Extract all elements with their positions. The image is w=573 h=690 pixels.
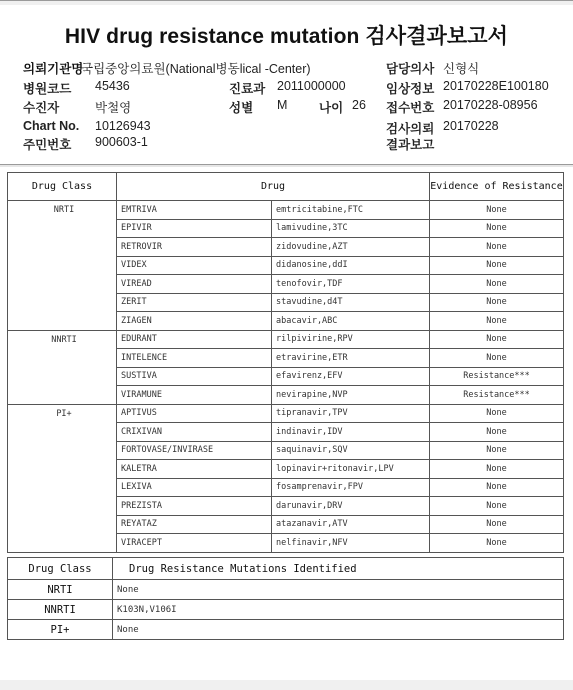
- generic-cell: rilpivirine,RPV: [272, 330, 430, 349]
- drug-class-cell: NNRTI: [8, 600, 113, 620]
- generic-cell: stavudine,d4T: [272, 293, 430, 312]
- sex-value: M: [277, 98, 287, 112]
- receipt-label: 접수번호: [386, 98, 434, 116]
- generic-cell: emtricitabine,FTC: [272, 201, 430, 220]
- report-label: 결과보고: [386, 135, 434, 153]
- brand-cell: EDURANT: [117, 330, 272, 349]
- evidence-cell: None: [430, 219, 564, 238]
- mutations-cell: None: [113, 580, 564, 600]
- brand-cell: ZIAGEN: [117, 312, 272, 331]
- report-title: HIV drug resistance mutation 검사결과보고서: [0, 20, 573, 50]
- drug-class-cell: NRTI: [8, 580, 113, 600]
- generic-cell: nelfinavir,NFV: [272, 534, 430, 553]
- evidence-cell: None: [430, 293, 564, 312]
- drug-class-cell: NNRTI: [8, 330, 117, 404]
- evidence-cell: None: [430, 312, 564, 331]
- institution-label: 의뢰기관명: [23, 62, 83, 76]
- clinical-info-value: 20170228E100180: [443, 79, 549, 93]
- brand-cell: EMTRIVA: [117, 201, 272, 220]
- generic-cell: saquinavir,SQV: [272, 441, 430, 460]
- hospital-code-label: 병원코드: [23, 79, 71, 97]
- evidence-cell: None: [430, 256, 564, 275]
- generic-cell: fosamprenavir,FPV: [272, 478, 430, 497]
- hospital-code-value: 45436: [95, 79, 130, 93]
- brand-cell: ZERIT: [117, 293, 272, 312]
- chart-value: 10126943: [95, 119, 151, 133]
- evidence-cell: None: [430, 515, 564, 534]
- evidence-cell: None: [430, 275, 564, 294]
- top-frame-bar: [0, 0, 573, 5]
- generic-cell: indinavir,IDV: [272, 423, 430, 442]
- generic-cell: nevirapine,NVP: [272, 386, 430, 405]
- header-drug: Drug: [117, 173, 430, 201]
- patient-value: 박철영: [95, 98, 131, 116]
- brand-cell: FORTOVASE/INVIRASE: [117, 441, 272, 460]
- table-row: PI+ None: [8, 620, 564, 640]
- brand-cell: VIRAMUNE: [117, 386, 272, 405]
- mutations-table: Drug Class Drug Resistance Mutations Ide…: [7, 557, 564, 640]
- drug-resistance-table: Drug Class Drug Evidence of Resistance N…: [7, 172, 564, 553]
- evidence-cell: None: [430, 404, 564, 423]
- evidence-cell: Resistance***: [430, 386, 564, 405]
- generic-cell: zidovudine,AZT: [272, 238, 430, 257]
- brand-cell: INTELENCE: [117, 349, 272, 368]
- brand-cell: PREZISTA: [117, 497, 272, 516]
- section-divider-shadow: [0, 165, 573, 167]
- brand-cell: RETROVIR: [117, 238, 272, 257]
- institution-value: 국립중앙의료원(National병동lical -Center): [81, 59, 311, 77]
- header-mutations: Drug Resistance Mutations Identified: [113, 558, 564, 580]
- clinical-info-label: 임상정보: [386, 79, 434, 97]
- request-value: 20170228: [443, 119, 499, 133]
- generic-cell: tipranavir,TPV: [272, 404, 430, 423]
- brand-cell: VIDEX: [117, 256, 272, 275]
- sex-label: 성별: [229, 98, 253, 116]
- brand-cell: CRIXIVAN: [117, 423, 272, 442]
- evidence-cell: None: [430, 534, 564, 553]
- brand-cell: APTIVUS: [117, 404, 272, 423]
- evidence-cell: None: [430, 441, 564, 460]
- table-row: NRTI EMTRIVA emtricitabine,FTC None: [8, 201, 564, 220]
- table-row: NNRTI K103N,V106I: [8, 600, 564, 620]
- brand-cell: VIREAD: [117, 275, 272, 294]
- header-drug-class: Drug Class: [8, 558, 113, 580]
- generic-cell: etravirine,ETR: [272, 349, 430, 368]
- generic-cell: atazanavir,ATV: [272, 515, 430, 534]
- department-value: 2011000000: [277, 79, 346, 93]
- generic-cell: tenofovir,TDF: [272, 275, 430, 294]
- drug-class-cell: NRTI: [8, 201, 117, 331]
- table-row: PI+ APTIVUS tipranavir,TPV None: [8, 404, 564, 423]
- table-row: NRTI None: [8, 580, 564, 600]
- header-drug-class: Drug Class: [8, 173, 117, 201]
- brand-cell: LEXIVA: [117, 478, 272, 497]
- evidence-cell: None: [430, 497, 564, 516]
- age-value: 26: [352, 98, 366, 112]
- brand-cell: VIRACEPT: [117, 534, 272, 553]
- table-header-row: Drug Class Drug Resistance Mutations Ide…: [8, 558, 564, 580]
- evidence-cell: Resistance***: [430, 367, 564, 386]
- evidence-cell: None: [430, 201, 564, 220]
- table-header-row: Drug Class Drug Evidence of Resistance: [8, 173, 564, 201]
- brand-cell: EPIVIR: [117, 219, 272, 238]
- evidence-cell: None: [430, 330, 564, 349]
- age-label: 나이: [319, 98, 343, 116]
- brand-cell: REYATAZ: [117, 515, 272, 534]
- generic-cell: didanosine,ddI: [272, 256, 430, 275]
- generic-cell: abacavir,ABC: [272, 312, 430, 331]
- brand-cell: KALETRA: [117, 460, 272, 479]
- evidence-cell: None: [430, 478, 564, 497]
- generic-cell: lopinavir+ritonavir,LPV: [272, 460, 430, 479]
- evidence-cell: None: [430, 460, 564, 479]
- mutations-cell: None: [113, 620, 564, 640]
- generic-cell: efavirenz,EFV: [272, 367, 430, 386]
- evidence-cell: None: [430, 349, 564, 368]
- mutations-cell: K103N,V106I: [113, 600, 564, 620]
- generic-cell: darunavir,DRV: [272, 497, 430, 516]
- drug-class-cell: PI+: [8, 404, 117, 552]
- evidence-cell: None: [430, 238, 564, 257]
- resident-label: 주민번호: [23, 135, 71, 153]
- evidence-cell: None: [430, 423, 564, 442]
- drug-class-cell: PI+: [8, 620, 113, 640]
- doctor-value: 신형식: [443, 59, 479, 77]
- department-label: 진료과: [229, 79, 265, 97]
- bottom-frame-bar: [0, 680, 573, 690]
- chart-label: Chart No.: [23, 119, 79, 133]
- generic-cell: lamivudine,3TC: [272, 219, 430, 238]
- receipt-value: 20170228-08956: [443, 98, 538, 112]
- header-evidence: Evidence of Resistance: [430, 173, 564, 201]
- doctor-label: 담당의사: [386, 59, 434, 77]
- resident-value: 900603-1: [95, 135, 148, 149]
- institution-row: 의뢰기관명: [23, 59, 83, 77]
- table-row: NNRTI EDURANT rilpivirine,RPV None: [8, 330, 564, 349]
- brand-cell: SUSTIVA: [117, 367, 272, 386]
- patient-label: 수진자: [23, 98, 59, 116]
